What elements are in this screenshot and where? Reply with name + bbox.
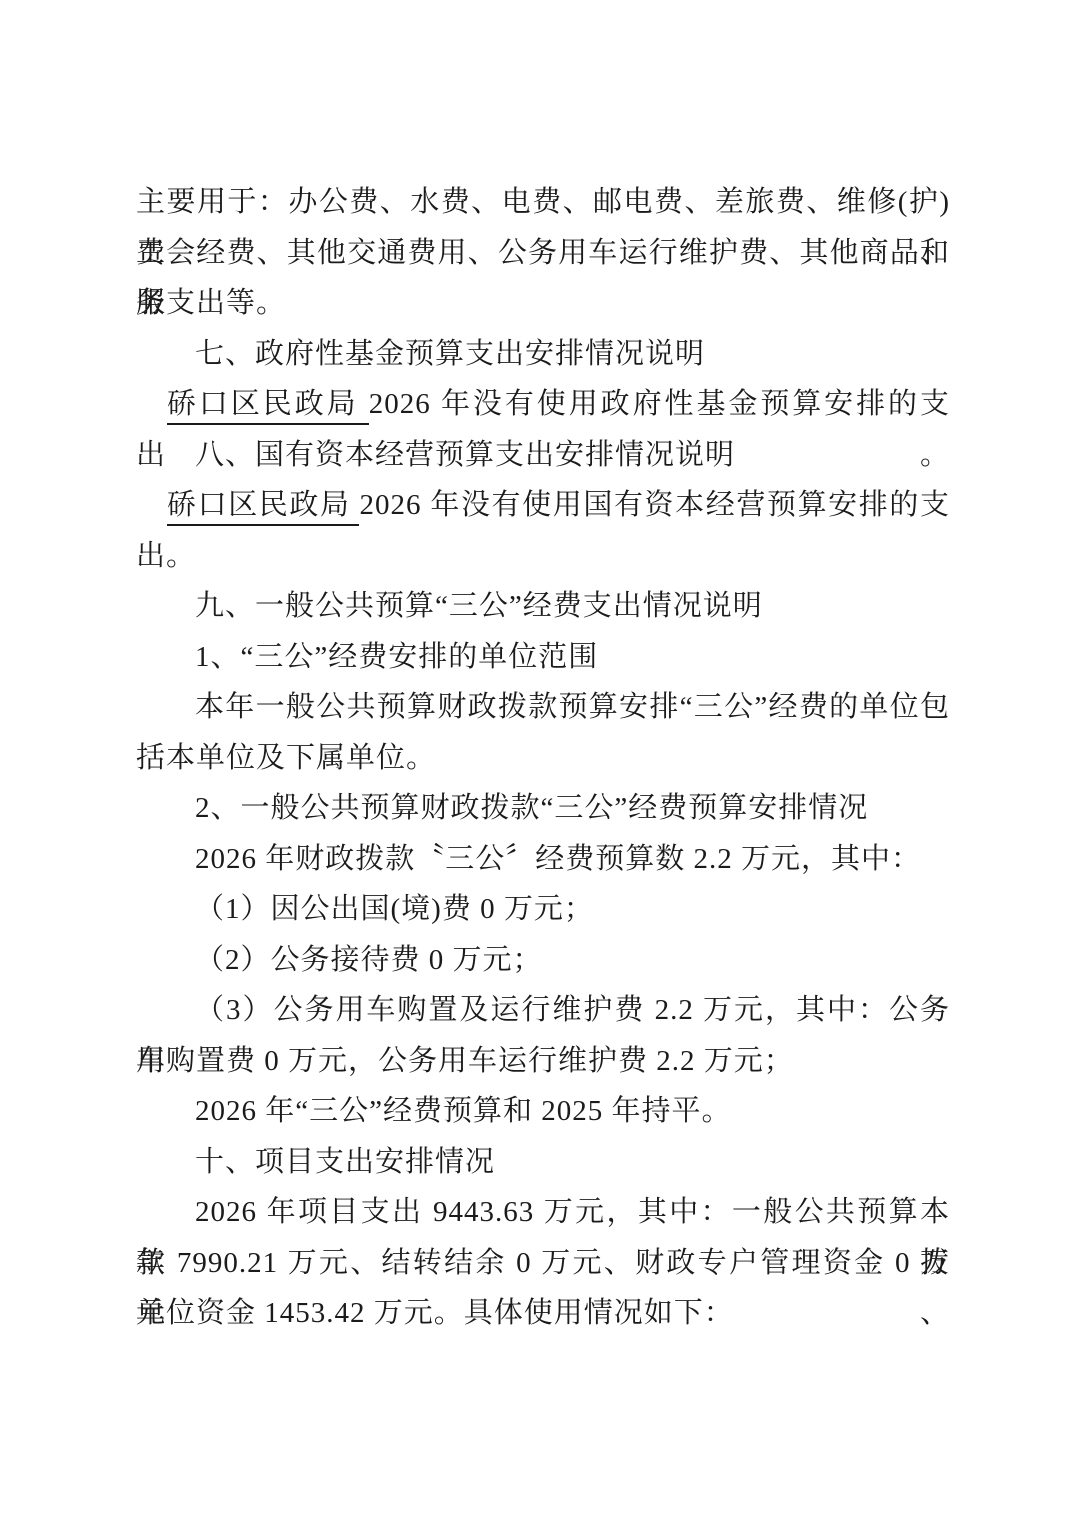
heading-section-9: 九、一般公共预算“三公”经费支出情况说明	[136, 581, 950, 632]
text-line: 出。	[136, 531, 950, 582]
para-unit-scope: 本年一般公共预算财政拨款预算安排“三公”经费的单位包括本单位及下属单位。	[136, 682, 950, 783]
text-segment: 十、项目支出安排情况	[195, 1146, 495, 1178]
document-body: 主要用于：办公费、水费、电费、邮电费、差旅费、维修(护)费、工会经费、其他交通费…	[136, 177, 950, 1339]
text-segment: 车购置费 0 万元，公务用车运行维护费 2.2 万元；	[136, 1045, 794, 1077]
para-government-fund-budget: 硚口区民政局 2026 年没有使用政府性基金预算安排的支出。	[136, 379, 950, 430]
text-line: 款 7990.21 万元、结转结余 0 万元、财政专户管理资金 0 万元、	[136, 1238, 950, 1289]
text-segment: 七、政府性基金预算支出安排情况说明	[195, 338, 705, 370]
text-line: 硚口区民政局 2026 年没有使用国有资本经营预算安排的支	[136, 480, 950, 531]
text-segment: 八、国有资本经营预算支出安排情况说明	[195, 439, 735, 471]
para-three-public-total: 2026 年财政拨款〝三公〞经费预算数 2.2 万元，其中：	[136, 834, 950, 885]
text-segment: 2026 年“三公”经费预算和 2025 年持平。	[195, 1095, 732, 1127]
text-line: 工会经费、其他交通费用、公务用车运行维护费、其他商品和服	[136, 228, 950, 279]
text-line: 车购置费 0 万元，公务用车运行维护费 2.2 万元；	[136, 1036, 950, 1087]
text-line: （3）公务用车购置及运行维护费 2.2 万元，其中：公务用	[136, 985, 950, 1036]
text-segment: 括本单位及下属单位。	[136, 742, 436, 774]
text-segment: 本年一般公共预算财政拨款预算安排“三公”经费的单位包	[195, 691, 950, 723]
text-segment: 单位资金 1453.42 万元。具体使用情况如下：	[136, 1297, 734, 1329]
para-year-comparison: 2026 年“三公”经费预算和 2025 年持平。	[136, 1086, 950, 1137]
heading-section-7: 七、政府性基金预算支出安排情况说明	[136, 329, 950, 380]
heading-item-2-arrangement: 2、一般公共预算财政拨款“三公”经费预算安排情况	[136, 783, 950, 834]
text-line: 2026 年财政拨款〝三公〞经费预算数 2.2 万元，其中：	[136, 834, 950, 885]
text-segment: 2、一般公共预算财政拨款“三公”经费预算安排情况	[195, 792, 868, 824]
text-line: 硚口区民政局 2026 年没有使用政府性基金预算安排的支出。	[136, 379, 950, 430]
text-line: 2026 年“三公”经费预算和 2025 年持平。	[136, 1086, 950, 1137]
text-line: 九、一般公共预算“三公”经费支出情况说明	[136, 581, 950, 632]
heading-section-10: 十、项目支出安排情况	[136, 1137, 950, 1188]
para-project-expenditure: 2026 年项目支出 9443.63 万元，其中：一般公共预算本年拨款 7990…	[136, 1187, 950, 1339]
underlined-org-name: 硚口区民政局	[167, 489, 359, 526]
text-line: 七、政府性基金预算支出安排情况说明	[136, 329, 950, 380]
text-line: 括本单位及下属单位。	[136, 733, 950, 784]
para-state-capital-budget: 硚口区民政局 2026 年没有使用国有资本经营预算安排的支出。	[136, 480, 950, 581]
text-line: 主要用于：办公费、水费、电费、邮电费、差旅费、维修(护)费、	[136, 177, 950, 228]
para-item-3-vehicle-fee: （3）公务用车购置及运行维护费 2.2 万元，其中：公务用车购置费 0 万元，公…	[136, 985, 950, 1086]
underlined-org-name: 硚口区民政局	[167, 388, 369, 425]
text-line: （2）公务接待费 0 万元；	[136, 935, 950, 986]
text-line: 1、“三公”经费安排的单位范围	[136, 632, 950, 683]
text-segment: 务支出等。	[136, 287, 286, 319]
text-segment: （2）公务接待费 0 万元；	[195, 944, 543, 976]
para-item-1-abroad-fee: （1）因公出国(境)费 0 万元；	[136, 884, 950, 935]
text-segment: 1、“三公”经费安排的单位范围	[195, 641, 598, 673]
text-line: （1）因公出国(境)费 0 万元；	[136, 884, 950, 935]
text-segment: 出。	[136, 540, 196, 572]
document-page: 主要用于：办公费、水费、电费、邮电费、差旅费、维修(护)费、工会经费、其他交通费…	[0, 0, 1074, 1520]
para-continued-goods-services: 主要用于：办公费、水费、电费、邮电费、差旅费、维修(护)费、工会经费、其他交通费…	[136, 177, 950, 329]
text-segment: 2026 年没有使用国有资本经营预算安排的支	[359, 489, 950, 521]
text-segment: 九、一般公共预算“三公”经费支出情况说明	[195, 590, 763, 622]
text-line: 2、一般公共预算财政拨款“三公”经费预算安排情况	[136, 783, 950, 834]
text-segment: 2026 年财政拨款〝三公〞经费预算数 2.2 万元，其中：	[195, 843, 921, 875]
para-item-2-reception-fee: （2）公务接待费 0 万元；	[136, 935, 950, 986]
text-line: 十、项目支出安排情况	[136, 1137, 950, 1188]
text-line: 本年一般公共预算财政拨款预算安排“三公”经费的单位包	[136, 682, 950, 733]
text-line: 务支出等。	[136, 278, 950, 329]
text-segment: （1）因公出国(境)费 0 万元；	[195, 893, 594, 925]
heading-item-1-unit-scope: 1、“三公”经费安排的单位范围	[136, 632, 950, 683]
text-line: 2026 年项目支出 9443.63 万元，其中：一般公共预算本年拨	[136, 1187, 950, 1238]
